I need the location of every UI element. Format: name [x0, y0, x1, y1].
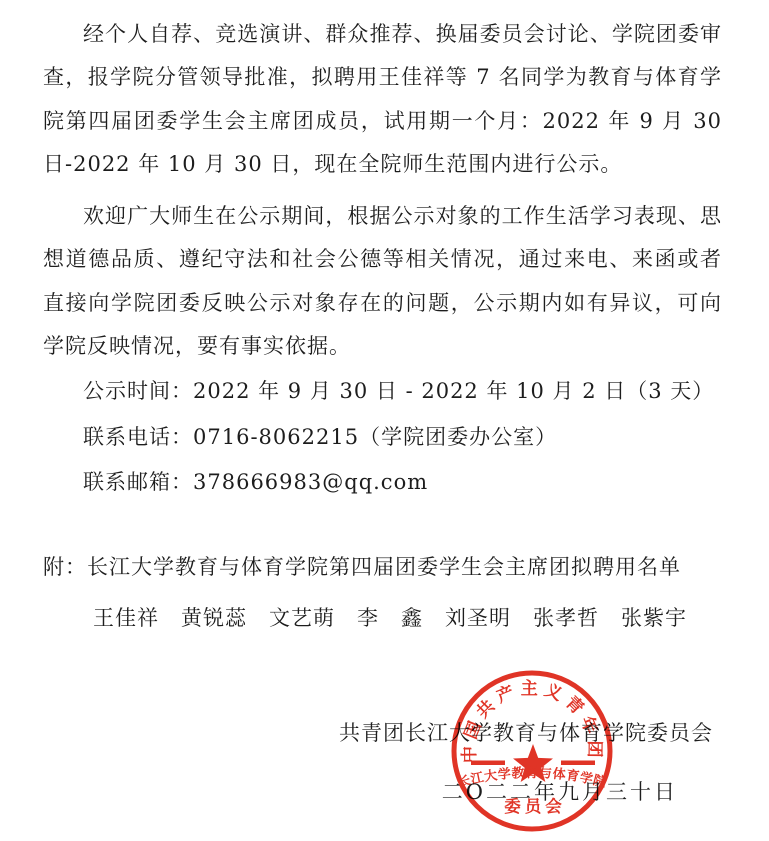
seal-left-bar [471, 761, 505, 766]
publicity-period-line: 公示时间：2022 年 9 月 30 日 - 2022 年 10 月 2 日（3… [43, 370, 722, 413]
candidate-names-line: 王佳祥 黄锐蕊 文艺萌 李 鑫 刘圣明 张孝哲 张紫宇 [93, 597, 722, 640]
paragraph-appointment: 经个人自荐、竞选演讲、群众推荐、换届委员会讨论、学院团委审查，报学院分管领导批准… [43, 13, 722, 186]
contact-email-line: 联系邮箱：378666983@qq.com [43, 461, 722, 504]
attachment-title: 附：长江大学教育与体育学院第四届团委学生会主席团拟聘用名单 [43, 546, 722, 589]
signature-line: 共青团长江大学教育与体育学院委员会 [43, 712, 722, 755]
seal-right-bar [561, 761, 595, 766]
paragraph-feedback: 欢迎广大师生在公示期间，根据公示对象的工作生活学习表现、思想道德品质、遵纪守法和… [43, 195, 722, 368]
contact-phone-line: 联系电话：0716-8062215（学院团委办公室） [43, 416, 722, 459]
announcement-document: 经个人自荐、竞选演讲、群众推荐、换届委员会讨论、学院团委审查，报学院分管领导批准… [0, 0, 769, 841]
date-line: 二O二二年九月三十日 [43, 771, 722, 814]
